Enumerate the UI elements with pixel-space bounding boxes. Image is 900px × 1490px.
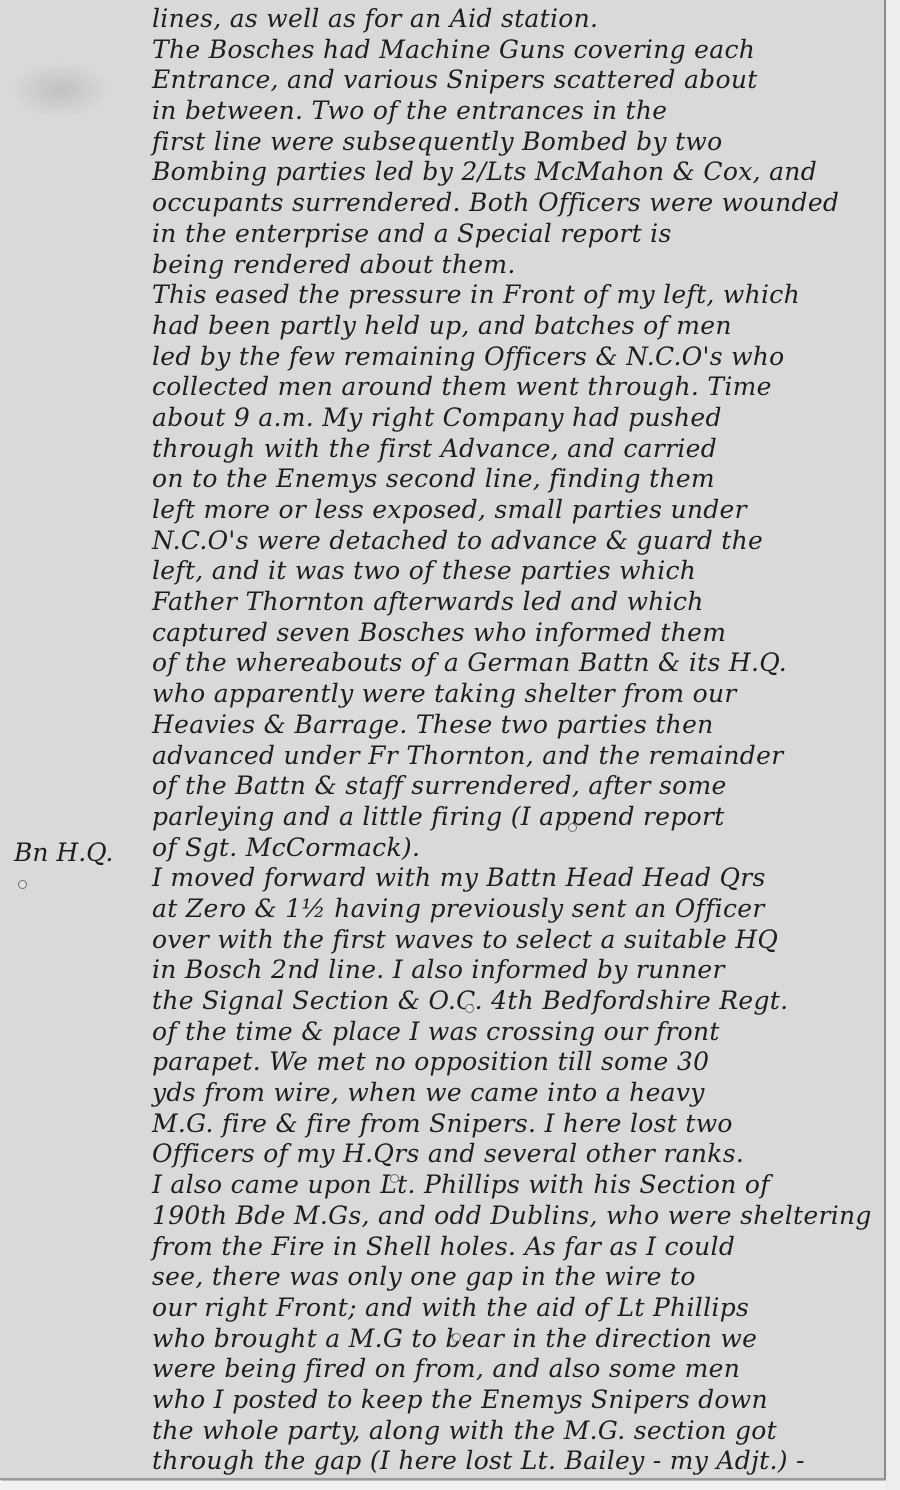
handwritten-text-block: lines, as well as for an Aid station. Th…	[152, 4, 882, 1477]
text-line: see, there was only one gap in the wire …	[152, 1262, 882, 1293]
text-line: Heavies & Barrage. These two parties the…	[152, 710, 882, 741]
text-line: through with the first Advance, and carr…	[152, 434, 882, 465]
text-line: yds from wire, when we came into a heavy	[152, 1078, 882, 1109]
text-line: were being fired on from, and also some …	[152, 1354, 882, 1385]
text-line: in Bosch 2nd line. I also informed by ru…	[152, 955, 882, 986]
diary-page: Bn H.Q. lines, as well as for an Aid sta…	[0, 0, 886, 1480]
text-line: collected men around them went through. …	[152, 372, 882, 403]
text-line: about 9 a.m. My right Company had pushed	[152, 403, 882, 434]
paper-mark-icon	[452, 1333, 461, 1342]
text-line: over with the first waves to select a su…	[152, 925, 882, 956]
text-line: the Signal Section & O.C. 4th Bedfordshi…	[152, 986, 882, 1017]
text-line: left, and it was two of these parties wh…	[152, 556, 882, 587]
text-line: in between. Two of the entrances in the	[152, 96, 882, 127]
text-line: on to the Enemys second line, finding th…	[152, 464, 882, 495]
text-line: I also came upon Lt. Phillips with his S…	[152, 1170, 882, 1201]
text-line: lines, as well as for an Aid station.	[152, 4, 882, 35]
text-line: parleying and a little firing (I append …	[152, 802, 882, 833]
margin-note-bn-hq: Bn H.Q.	[14, 838, 113, 867]
text-line: Entrance, and various Snipers scattered …	[152, 65, 882, 96]
text-line: being rendered about them.	[152, 250, 882, 281]
paper-mark-icon	[390, 1174, 399, 1183]
text-line: Father Thornton afterwards led and which	[152, 587, 882, 618]
text-line: of the Battn & staff surrendered, after …	[152, 771, 882, 802]
text-line: M.G. fire & fire from Snipers. I here lo…	[152, 1109, 882, 1140]
text-line: Bombing parties led by 2/Lts McMahon & C…	[152, 157, 882, 188]
text-line: had been partly held up, and batches of …	[152, 311, 882, 342]
text-line: parapet. We met no opposition till some …	[152, 1047, 882, 1078]
text-line: I moved forward with my Battn Head Head …	[152, 863, 882, 894]
text-line: led by the few remaining Officers & N.C.…	[152, 342, 882, 373]
text-line: of Sgt. McCormack).	[152, 833, 882, 864]
text-line: of the time & place I was crossing our f…	[152, 1017, 882, 1048]
text-line: The Bosches had Machine Guns covering ea…	[152, 35, 882, 66]
text-line: the whole party, along with the M.G. sec…	[152, 1416, 882, 1447]
text-line: advanced under Fr Thornton, and the rema…	[152, 741, 882, 772]
paper-mark-icon	[568, 823, 577, 832]
text-line: our right Front; and with the aid of Lt …	[152, 1293, 882, 1324]
paper-mark-icon	[18, 880, 27, 889]
text-line: at Zero & 1½ having previously sent an O…	[152, 894, 882, 925]
text-line: who I posted to keep the Enemys Snipers …	[152, 1385, 882, 1416]
text-line: from the Fire in Shell holes. As far as …	[152, 1232, 882, 1263]
text-line: who apparently were taking shelter from …	[152, 679, 882, 710]
text-line: Officers of my H.Qrs and several other r…	[152, 1139, 882, 1170]
paper-mark-icon	[465, 1004, 474, 1013]
text-line: occupants surrendered. Both Officers wer…	[152, 188, 882, 219]
text-line: N.C.O's were detached to advance & guard…	[152, 526, 882, 557]
text-line: left more or less exposed, small parties…	[152, 495, 882, 526]
text-line: This eased the pressure in Front of my l…	[152, 280, 882, 311]
text-line: captured seven Bosches who informed them	[152, 618, 882, 649]
text-line: through the gap (I here lost Lt. Bailey …	[152, 1446, 882, 1477]
text-line: who brought a M.G to bear in the directi…	[152, 1324, 882, 1355]
text-line: of the whereabouts of a German Battn & i…	[152, 648, 882, 679]
text-line: in the enterprise and a Special report i…	[152, 219, 882, 250]
scan-background-strip	[886, 0, 900, 1490]
text-line: 190th Bde M.Gs, and odd Dublins, who wer…	[152, 1201, 882, 1232]
text-line: first line were subsequently Bombed by t…	[152, 127, 882, 158]
